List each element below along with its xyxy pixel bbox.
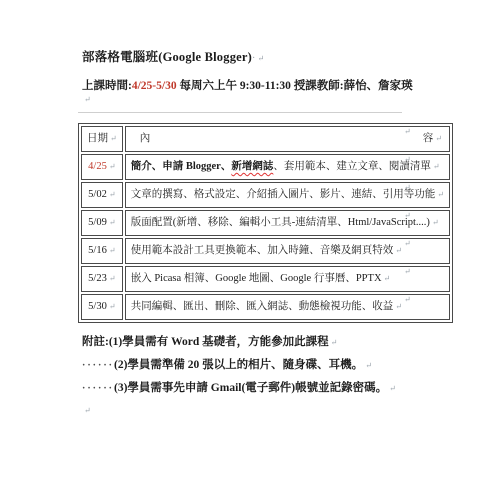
content-cell: 使用範本設計工具更換範本、加入時鐘、音樂及網頁特效↵ [125,238,450,264]
end-of-row-mark: ↵ [404,267,411,276]
schedule-time: 每周六上午 9:30-11:30 [179,80,290,92]
date-cell: 5/23↵ [81,266,123,292]
note-prefix: 附註: [82,336,109,348]
pilcrow-mark: ↵ [395,246,402,255]
content-cell: 簡介、申請 Blogger、新增網誌、套用範本、建立文章、閱讀清單↵ [125,154,450,180]
doc-title: 部落格電腦班(Google Blogger)·↵ [82,47,418,65]
pilcrow-mark: ↵ [395,302,402,311]
note-line: ······(3)學員需事先申請 Gmail(電子郵件)帳號並記錄密碼。↵ [82,381,418,396]
end-of-row-mark: ↵ [404,183,411,192]
pilcrow-mark: ↵ [84,95,91,104]
date-cell: 5/16↵ [81,238,123,264]
course-table: 日期↵ 內 容↵ 4/25↵ 簡介、申請 Blogger、新增網誌、套用範本、建… [78,123,453,323]
header-content-right: 容↵ [423,132,442,146]
pilcrow-mark: ↵ [384,274,391,283]
date-cell: 5/09↵ [81,210,123,236]
table-row: 5/02↵ 文章的撰寫、格式設定、介紹插入圖片、影片、連結、引用等功能↵ [81,182,450,208]
end-of-row-mark: ↵ [404,295,411,304]
table-header-row: 日期↵ 內 容↵ [81,126,450,152]
content-cell: 嵌入 Picasa 相簿、Google 地圖、Google 行事曆、PPTX↵ [125,266,450,292]
date-cell: 5/02↵ [81,182,123,208]
pilcrow-mark: ↵ [432,218,439,227]
notes-section: 附註:(1)學員需有 Word 基礎者，方能參加此課程↵ ······(2)學員… [82,335,418,416]
teacher-label: 授課教師: [294,80,344,92]
paragraph-rule [78,112,402,113]
content-spellcheck-segment: 新增網誌 [231,161,273,172]
end-of-row-mark: ↵ [404,127,411,136]
space-mark: · [252,53,256,64]
document-content: 部落格電腦班(Google Blogger)·↵ 上課時間:4/25-5/30 … [82,47,418,416]
date-cell: 5/30↵ [81,294,123,320]
note-text: (1)學員需有 Word 基礎者，方能參加此課程 [109,336,329,348]
table-row: 4/25↵ 簡介、申請 Blogger、新增網誌、套用範本、建立文章、閱讀清單↵ [81,154,450,180]
pilcrow-mark: ↵ [435,134,442,143]
schedule-dates: 4/25-5/30 [132,80,177,92]
pilcrow-mark: ↵ [84,406,91,415]
schedule-label: 上課時間: [82,80,132,92]
pilcrow-mark: ↵ [433,162,440,171]
pilcrow-mark: ↵ [110,134,117,143]
table-row: 5/09↵ 版面配置(新增、移除、編輯小工具-連結清單、Html/JavaScr… [81,210,450,236]
pilcrow-mark: ↵ [365,361,372,370]
content-cell: 共同編輯、匯出、刪除、匯入網誌、動態檢視功能、收益↵ [125,294,450,320]
note-text: (2)學員需準備 20 張以上的相片、隨身碟、耳機。 [114,359,363,371]
note-line: ······(2)學員需準備 20 張以上的相片、隨身碟、耳機。↵ [82,358,418,373]
header-content-left: 內 [140,132,151,146]
note-prefix-dots: ······ [82,383,114,394]
table-row: 5/16↵ 使用範本設計工具更換範本、加入時鐘、音樂及網頁特效↵ [81,238,450,264]
end-of-row-mark: ↵ [404,211,411,220]
doc-title-text: 部落格電腦班(Google Blogger) [82,50,252,64]
content-cell: 版面配置(新增、移除、編輯小工具-連結清單、Html/JavaScript...… [125,210,450,236]
pilcrow-mark: ↵ [437,190,444,199]
course-table-wrap: 日期↵ 內 容↵ 4/25↵ 簡介、申請 Blogger、新增網誌、套用範本、建… [78,123,414,323]
header-content-cell: 內 容↵ [125,126,450,152]
pilcrow-mark: ↵ [109,274,116,283]
empty-paragraph: ↵ [82,404,418,416]
end-of-row-mark: ↵ [404,155,411,164]
content-cell: 文章的撰寫、格式設定、介紹插入圖片、影片、連結、引用等功能↵ [125,182,450,208]
date-cell: 4/25↵ [81,154,123,180]
pilcrow-mark: ↵ [109,218,116,227]
schedule-line: 上課時間:4/25-5/30 每周六上午 9:30-11:30 授課教師:薛怡、… [82,77,418,105]
pilcrow-mark: ↵ [109,302,116,311]
note-text: (3)學員需事先申請 Gmail(電子郵件)帳號並記錄密碼。 [114,382,387,394]
document-page: 部落格電腦班(Google Blogger)·↵ 上課時間:4/25-5/30 … [0,0,480,480]
table-row: 5/23↵ 嵌入 Picasa 相簿、Google 地圖、Google 行事曆、… [81,266,450,292]
teacher-names: 薛怡、詹家瑛 [344,80,413,92]
pilcrow-mark: ↵ [258,54,265,63]
header-date-cell: 日期↵ [81,126,123,152]
pilcrow-mark: ↵ [109,162,116,171]
pilcrow-mark: ↵ [389,384,396,393]
pilcrow-mark: ↵ [109,190,116,199]
pilcrow-mark: ↵ [331,338,338,347]
table-row: 5/30↵ 共同編輯、匯出、刪除、匯入網誌、動態檢視功能、收益↵ [81,294,450,320]
pilcrow-mark: ↵ [109,246,116,255]
note-prefix-dots: ······ [82,360,114,371]
end-of-row-mark: ↵ [404,239,411,248]
note-line: 附註:(1)學員需有 Word 基礎者，方能參加此課程↵ [82,335,418,350]
content-bold-segment: 簡介、申請 Blogger、 [131,161,232,172]
